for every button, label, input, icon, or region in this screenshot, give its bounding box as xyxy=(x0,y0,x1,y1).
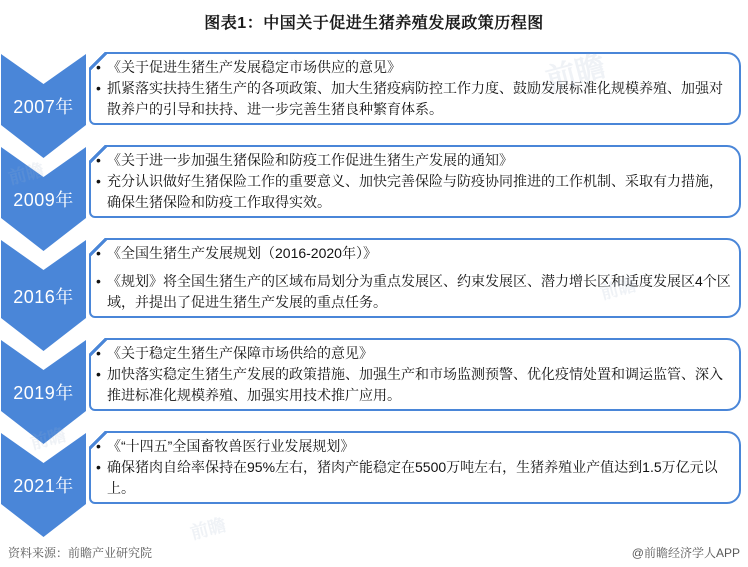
policy-timeline-chart: 图表1：中国关于促进生猪养殖发展政策历程图 2007年 《关于促进生猪生产发展稳… xyxy=(0,0,748,567)
chevron-down-arrow: 2016年 xyxy=(1,240,86,351)
footer: 资料来源：前瞻产业研究院 @前瞻经济学人APP xyxy=(0,544,748,561)
timeline-row-2019: 2019年 《关于稳定生猪生产保障市场供给的意见》 加快落实稳定生猪生产发展的政… xyxy=(1,338,741,411)
policy-point-list: 《“十四五”全国畜牧兽医行业发展规划》 确保猪肉自给率保持在95%左右，猪肉产能… xyxy=(93,436,731,499)
year-label: 2009年 xyxy=(13,186,74,212)
timeline-row-2007: 2007年 《关于促进生猪生产发展稳定市场供应的意见》 抓紧落实扶持生猪生产的各… xyxy=(1,52,741,125)
year-label: 2016年 xyxy=(13,283,74,309)
chevron-down-arrow: 2007年 xyxy=(1,54,86,158)
policy-title: 《关于稳定生猪生产保障市场供给的意见》 xyxy=(93,343,731,364)
policy-title: 《全国生猪生产发展规划（2016-2020年）》 xyxy=(93,243,731,264)
year-arrow-cell: 2007年 xyxy=(1,52,86,125)
chevron-down-arrow: 2009年 xyxy=(1,147,86,251)
chevron-down-arrow: 2019年 xyxy=(1,340,86,444)
year-label: 2019年 xyxy=(13,379,74,405)
policy-box: 《全国生猪生产发展规划（2016-2020年）》 《规划》将全国生猪生产的区域布… xyxy=(89,238,741,318)
policy-point-list: 《关于促进生猪生产发展稳定市场供应的意见》 抓紧落实扶持生猪生产的各项政策、加大… xyxy=(93,57,731,120)
policy-detail: 《规划》将全国生猪生产的区域布局划分为重点发展区、约束发展区、潜力增长区和适度发… xyxy=(93,271,731,313)
timeline: 2007年 《关于促进生猪生产发展稳定市场供应的意见》 抓紧落实扶持生猪生产的各… xyxy=(0,52,748,504)
policy-title: 《“十四五”全国畜牧兽医行业发展规划》 xyxy=(93,436,731,457)
policy-detail: 确保猪肉自给率保持在95%左右，猪肉产能稳定在5500万吨左右，生猪养殖业产值达… xyxy=(93,457,731,499)
credit-note: @前瞻经济学人APP xyxy=(632,544,740,561)
policy-box: 《关于进一步加强生猪保险和防疫工作促进生猪生产发展的通知》 充分认识做好生猪保险… xyxy=(89,145,741,218)
policy-box: 《关于稳定生猪生产保障市场供给的意见》 加快落实稳定生猪生产发展的政策措施、加强… xyxy=(89,338,741,411)
policy-point-list: 《关于进一步加强生猪保险和防疫工作促进生猪生产发展的通知》 充分认识做好生猪保险… xyxy=(93,150,731,213)
watermark: 前瞻 xyxy=(187,511,229,545)
source-note: 资料来源：前瞻产业研究院 xyxy=(8,544,152,561)
year-label: 2007年 xyxy=(13,93,74,119)
policy-box: 《“十四五”全国畜牧兽医行业发展规划》 确保猪肉自给率保持在95%左右，猪肉产能… xyxy=(89,431,741,504)
year-label: 2021年 xyxy=(13,472,74,498)
timeline-row-2009: 2009年 《关于进一步加强生猪保险和防疫工作促进生猪生产发展的通知》 充分认识… xyxy=(1,145,741,218)
policy-title: 《关于促进生猪生产发展稳定市场供应的意见》 xyxy=(93,57,731,78)
policy-title: 《关于进一步加强生猪保险和防疫工作促进生猪生产发展的通知》 xyxy=(93,150,731,171)
chevron-down-arrow: 2021年 xyxy=(1,433,86,537)
policy-point-list: 《全国生猪生产发展规划（2016-2020年）》 《规划》将全国生猪生产的区域布… xyxy=(93,243,731,313)
timeline-row-2016: 2016年 《全国生猪生产发展规划（2016-2020年）》 《规划》将全国生猪… xyxy=(1,238,741,318)
policy-detail: 抓紧落实扶持生猪生产的各项政策、加大生猪疫病防控工作力度、鼓励发展标准化规模养殖… xyxy=(93,78,731,120)
policy-detail: 充分认识做好生猪保险工作的重要意义、加快完善保险与防疫协同推进的工作机制、采取有… xyxy=(93,171,731,213)
policy-point-list: 《关于稳定生猪生产保障市场供给的意见》 加快落实稳定生猪生产发展的政策措施、加强… xyxy=(93,343,731,406)
policy-detail: 加快落实稳定生猪生产发展的政策措施、加强生产和市场监测预警、优化疫情处置和调运监… xyxy=(93,364,731,406)
timeline-row-2021: 2021年 《“十四五”全国畜牧兽医行业发展规划》 确保猪肉自给率保持在95%左… xyxy=(1,431,741,504)
policy-box: 《关于促进生猪生产发展稳定市场供应的意见》 抓紧落实扶持生猪生产的各项政策、加大… xyxy=(89,52,741,125)
chart-title: 图表1：中国关于促进生猪养殖发展政策历程图 xyxy=(0,0,748,33)
